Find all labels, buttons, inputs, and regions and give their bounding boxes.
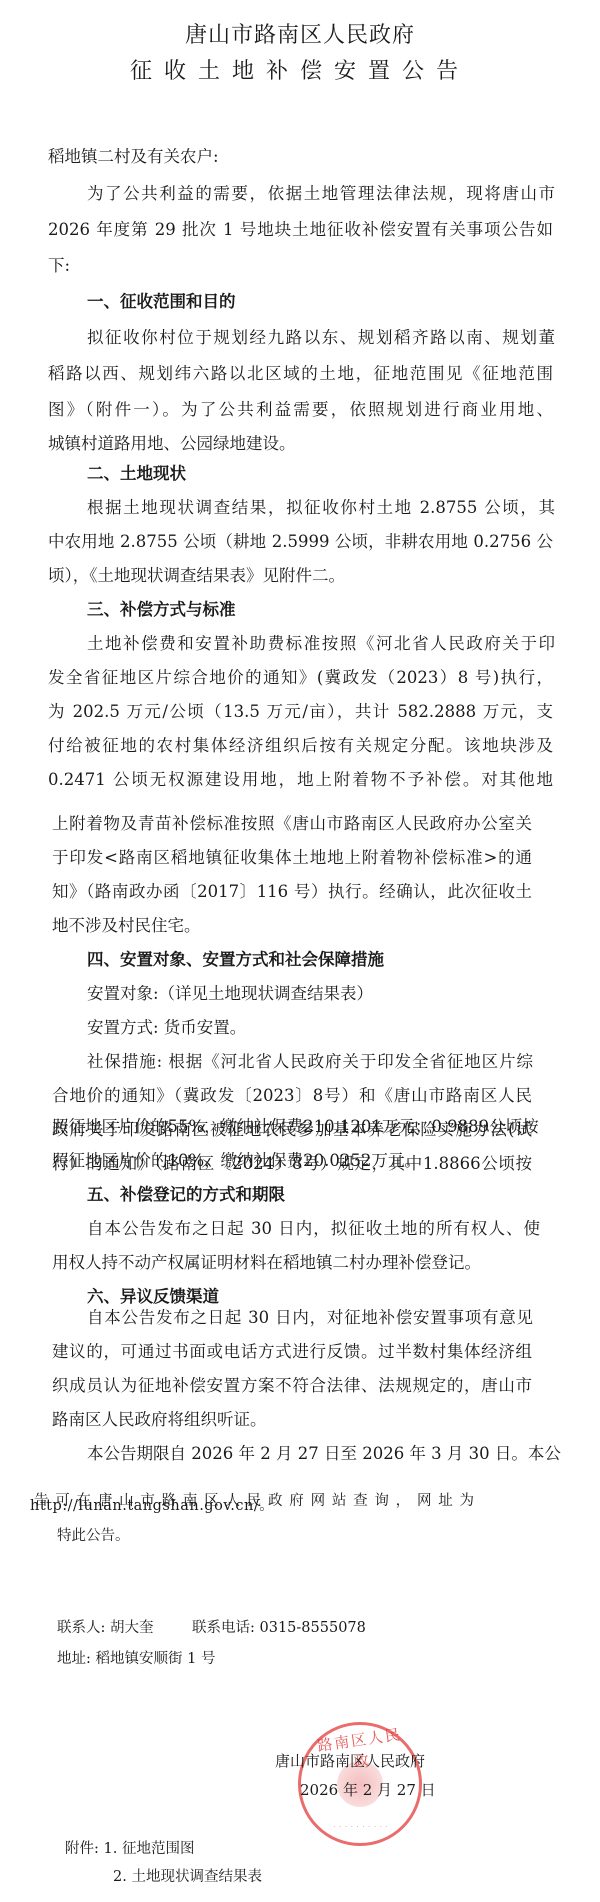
section-6-line: 织成员认为征地补偿安置方案不符合法律、法规规定的，唐山市	[52, 1375, 532, 1397]
contact-address-value: 稻地镇安顺街 1 号	[96, 1651, 216, 1667]
section-heading-4: 四、安置对象、安置方式和社会保障措施	[87, 949, 597, 971]
issuer-signature: 唐山市路南区人民政府	[275, 1750, 425, 1771]
section-5-line: 用权人持不动产权属证明材料在稻地镇二村办理补偿登记。	[52, 1252, 562, 1274]
section-1-line: 图》（附件一）。为了公共利益需要，依照规划进行商业用地、	[48, 399, 553, 421]
contact-address: 地址: 稻地镇安顺街 1 号	[57, 1648, 567, 1670]
section-6-line: 自本公告发布之日起 30 日内，对征地补偿安置事项有意见	[87, 1307, 533, 1329]
social-security-line: 社保措施: 根据《河北省人民政府关于印发全省征地区片综	[87, 1051, 533, 1073]
contact-phone-label: 联系电话:	[192, 1620, 255, 1636]
section-1-line: 拟征收你村位于规划经九路以东、规划稻齐路以南、规划董	[87, 327, 555, 349]
social-security-line: 照征地区片价的55%，缴纳社保费210.1201万元；0.9889公顷按	[52, 1116, 532, 1138]
website-url[interactable]: http://lunan.tangshan.gov.cn/。	[30, 1495, 540, 1517]
section-heading-3: 三、补偿方式与标准	[87, 599, 597, 621]
contact-person-label: 联系人:	[57, 1620, 105, 1636]
section-heading-6: 六、异议反馈渠道	[87, 1286, 597, 1308]
document-title-issuer: 唐山市路南区人民政府	[0, 18, 600, 49]
social-security-line: 照征地区片价的10%，缴纳社保费20.0252万元。	[52, 1150, 562, 1172]
section-3-line: 0.2471 公顷无权源建设用地，地上附着物不予补偿。对其他地	[48, 769, 553, 791]
attachments-label: 附件:	[65, 1841, 99, 1857]
section-1-line: 稻路以西、规划纬六路以北区域的土地，征地范围见《征地范围	[48, 363, 553, 385]
closing-remark: 特此公告。	[57, 1525, 567, 1547]
section-3-line: 付给被征地的农村集体经济组织后按有关规定分配。该地块涉及	[48, 735, 553, 757]
contact-address-label: 地址:	[57, 1651, 91, 1667]
section-heading-5: 五、补偿登记的方式和期限	[87, 1184, 597, 1206]
section-heading-2: 二、土地现状	[87, 463, 597, 485]
section-1-line: 城镇村道路用地、公园绿地建设。	[48, 433, 558, 455]
social-security-line: 合地价的通知》（冀政发〔2023〕8号）和《唐山市路南区人民	[52, 1085, 532, 1107]
resettlement-method: 安置方式: 货币安置。	[87, 1017, 597, 1039]
section-5-line: 自本公告发布之日起 30 日内，拟征收土地的所有权人、使	[87, 1218, 540, 1240]
section-3-line: 知》（路南政办函〔2017〕116 号）执行。经确认，此次征收土	[52, 881, 532, 903]
section-3-line: 上附着物及青苗补偿标准按照《唐山市路南区人民政府办公室关	[52, 813, 532, 835]
salutation: 稻地镇二村及有关农户:	[48, 146, 558, 168]
section-3-line: 土地补偿费和安置补助费标准按照《河北省人民政府关于印	[87, 633, 555, 655]
contact-phone: 联系电话: 0315-8555078	[192, 1617, 600, 1639]
intro-line: 为了公共利益的需要，依据土地管理法律法规，现将唐山市	[87, 183, 555, 205]
section-2-line: 中农用地 2.8755 公顷（耕地 2.5999 公顷，非耕农用地 0.2756…	[48, 531, 553, 553]
issue-date: 2026 年 2 月 27 日	[300, 1779, 436, 1800]
section-3-line: 发全省征地区片综合地价的通知》(冀政发（2023）8 号)执行，	[48, 667, 553, 689]
intro-line: 2026 年度第 29 批次 1 号地块土地征收补偿安置有关事项公告如	[48, 219, 553, 241]
contact-phone-number: 0315-8555078	[260, 1620, 366, 1636]
section-3-line: 地不涉及村民住宅。	[52, 915, 562, 937]
contact-person-name: 胡大奎	[110, 1620, 154, 1636]
section-3-line: 为 202.5 万元/公顷（13.5 万元/亩），共计 582.2888 万元，…	[48, 701, 553, 723]
document-title: 征收土地补偿安置公告	[0, 54, 600, 85]
section-heading-1: 一、征收范围和目的	[87, 291, 597, 313]
section-6-line: 建议的，可通过书面或电话方式进行反馈。过半数村集体经济组	[52, 1341, 532, 1363]
intro-line: 下:	[48, 255, 558, 277]
section-2-line: 根据土地现状调查结果，拟征收你村土地 2.8755 公顷，其	[87, 497, 555, 519]
attachment-item: 1. 征地范围图	[104, 1841, 195, 1857]
resettlement-target: 安置对象:（详见土地现状调查结果表）	[87, 983, 597, 1005]
section-3-line: 于印发<路南区稻地镇征收集体土地地上附着物补偿标准>的通	[52, 847, 532, 869]
notice-period-line: 本公告期限自 2026 年 2 月 27 日至 2026 年 3 月 30 日。…	[87, 1443, 533, 1465]
section-2-line: 顷），《土地现状调查结果表》见附件二。	[48, 565, 558, 587]
seal-code: · · · · · · · · · ·	[331, 1824, 391, 1831]
attachment-item: 2. 土地现状调查结果表	[113, 1866, 600, 1888]
section-6-line: 路南区人民政府将组织听证。	[52, 1409, 562, 1431]
attachments-line: 附件: 1. 征地范围图	[65, 1838, 575, 1860]
